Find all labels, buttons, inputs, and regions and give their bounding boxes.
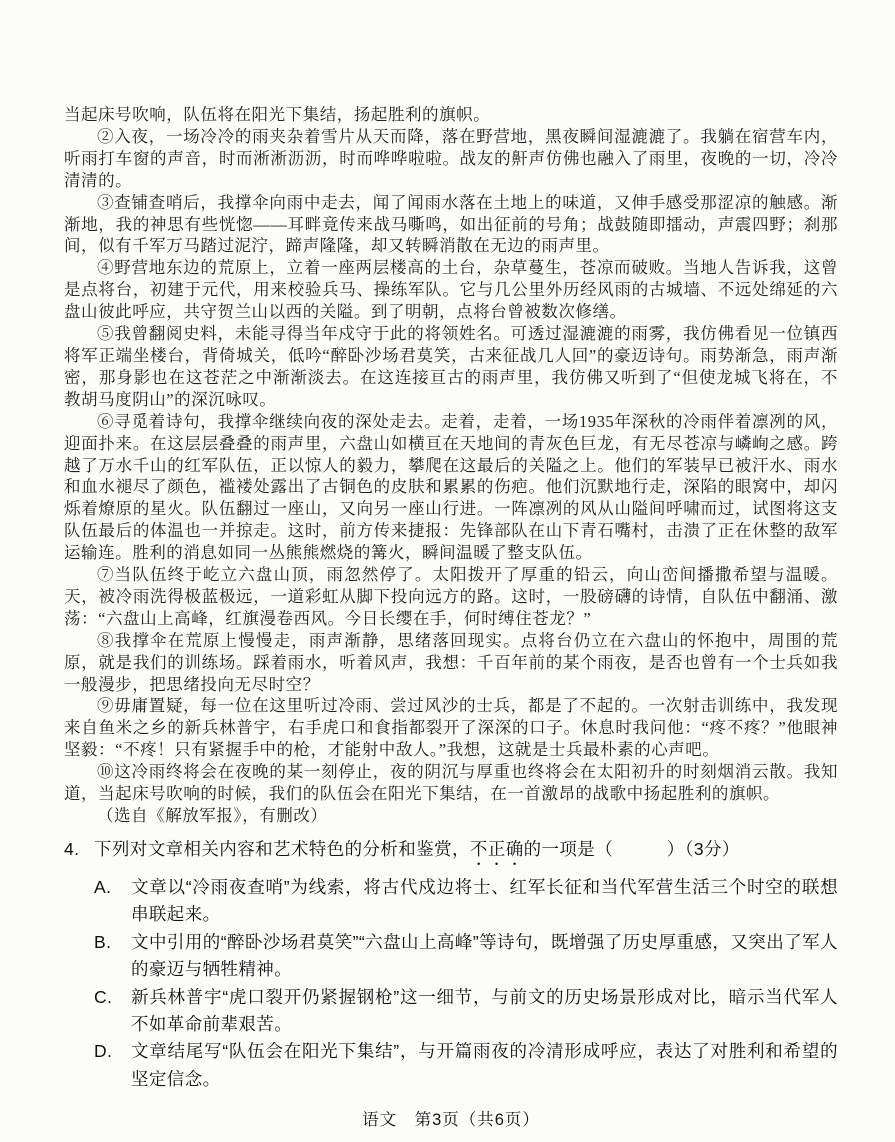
question-stem-row: 4. 下列对文章相关内容和艺术特色的分析和鉴赏，不正确的一项是（ ）（3分）	[64, 836, 838, 869]
option-a-text: 文章以“冷雨夜查哨”为线索，将古代戍边将士、红军长征和当代军营生活三个时空的联想…	[131, 874, 838, 929]
option-a: A. 文章以“冷雨夜查哨”为线索，将古代戍边将士、红军长征和当代军营生活三个时空…	[94, 874, 838, 929]
essay-paragraph-3: ③查铺查哨后，我撑伞向雨中走去，闻了闻雨水落在土地上的味道，又伸手感受那涩凉的触…	[64, 192, 838, 258]
essay-paragraph-2: ②入夜，一场冷冷的雨夹杂着雪片从天而降，落在野营地，黑夜瞬间湿漉漉了。我躺在宿营…	[64, 126, 838, 192]
option-b-label: B.	[94, 929, 131, 984]
stem-text-post: 的一项是（ ）（3分）	[524, 839, 740, 859]
essay-paragraph-4: ④野营地东边的荒原上，立着一座两层楼高的土台，杂草蔓生，苍凉而破败。当地人告诉我…	[64, 257, 838, 323]
option-d: D. 文章结尾写“队伍会在阳光下集结”，与开篇雨夜的冷清形成呼应，表达了对胜利和…	[94, 1038, 838, 1093]
essay-body: 当起床号吹响，队伍将在阳光下集结，扬起胜利的旗帜。 ②入夜，一场冷冷的雨夹杂着雪…	[64, 104, 838, 827]
page-footer: 语文 第3页（共6页）	[64, 1106, 838, 1130]
option-c-text: 新兵林普宇“虎口裂开仍紧握钢枪”这一细节，与前文的历史场景形成对比，暗示当代军人…	[131, 984, 838, 1039]
essay-paragraph-10: ⑩这冷雨终将会在夜晚的某一刻停止，夜的阴沉与厚重也终将会在太阳初升的时刻烟消云散…	[64, 761, 838, 805]
essay-paragraph-6: ⑥寻觅着诗句，我撑伞继续向夜的深处走去。走着，走着，一场1935年深秋的冷雨伴着…	[64, 411, 838, 564]
question-stem: 下列对文章相关内容和艺术特色的分析和鉴赏，不正确的一项是（ ）（3分）	[94, 836, 838, 869]
option-b: B. 文中引用的“醉卧沙场君莫笑”“六盘山上高峰”等诗句，既增强了历史厚重感，又…	[94, 929, 838, 984]
option-d-label: D.	[94, 1038, 131, 1093]
option-c: C. 新兵林普宇“虎口裂开仍紧握钢枪”这一细节，与前文的历史场景形成对比，暗示当…	[94, 984, 838, 1039]
exam-page: 当起床号吹响，队伍将在阳光下集结，扬起胜利的旗帜。 ②入夜，一场冷冷的雨夹杂着雪…	[0, 0, 895, 1142]
option-d-text: 文章结尾写“队伍会在阳光下集结”，与开篇雨夜的冷清形成呼应，表达了对胜利和希望的…	[131, 1038, 838, 1093]
essay-paragraph-8: ⑧我撑伞在荒原上慢慢走，雨声渐静，思绪落回现实。点将台仍立在六盘山的怀抱中，周围…	[64, 630, 838, 696]
stem-text-pre: 下列对文章相关内容和艺术特色的分析和鉴赏，	[94, 839, 470, 859]
essay-paragraph-1: 当起床号吹响，队伍将在阳光下集结，扬起胜利的旗帜。	[64, 104, 838, 126]
option-b-text: 文中引用的“醉卧沙场君莫笑”“六盘山上高峰”等诗句，既增强了历史厚重感，又突出了…	[131, 929, 838, 984]
option-c-label: C.	[94, 984, 131, 1039]
question-number: 4.	[64, 836, 94, 869]
essay-paragraph-9: ⑨毋庸置疑，每一位在这里听过冷雨、尝过风沙的士兵，都是了不起的。一次射击训练中，…	[64, 695, 838, 761]
stem-emphasis: 不正确	[470, 839, 524, 859]
question-4: 4. 下列对文章相关内容和艺术特色的分析和鉴赏，不正确的一项是（ ）（3分） A…	[64, 836, 838, 1093]
source-attribution: （选自《解放军报》，有删改）	[64, 805, 838, 827]
option-a-label: A.	[94, 874, 131, 929]
essay-paragraph-5: ⑤我曾翻阅史料，未能寻得当年戍守于此的将领姓名。可透过湿漉漉的雨雾，我仿佛看见一…	[64, 323, 838, 411]
essay-paragraph-7: ⑦当队伍终于屹立六盘山顶，雨忽然停了。太阳拨开了厚重的铅云，向山峦间播撒希望与温…	[64, 564, 838, 630]
option-list: A. 文章以“冷雨夜查哨”为线索，将古代戍边将士、红军长征和当代军营生活三个时空…	[64, 874, 838, 1093]
